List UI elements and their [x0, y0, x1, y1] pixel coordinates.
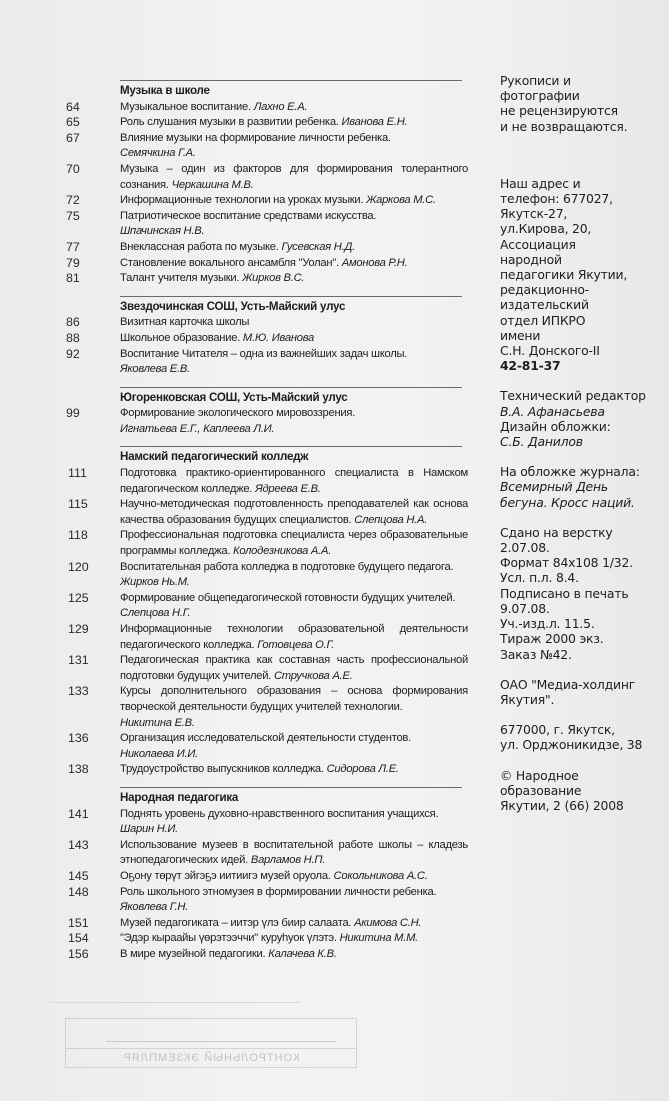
article-author: Николаева И.И.	[120, 748, 198, 760]
page-number: 143	[66, 838, 120, 854]
toc-entry: 118Профессиональная подготовка специалис…	[66, 528, 476, 559]
entry-text: Профессиональная подготовка специалиста …	[120, 528, 476, 559]
entry-text: Музыка – один из факторов для формирован…	[120, 162, 476, 193]
printer-address-line: 677000, г. Якутск,	[500, 722, 668, 737]
article-author: Жаркова М.С.	[366, 194, 436, 206]
article-author: Сокольникова А.С.	[334, 870, 428, 882]
article-title: Курсы дополнительного образования – осно…	[120, 685, 468, 713]
toc-entry: 72Информационные технологии на уроках му…	[66, 193, 476, 209]
entry-text: Оҕону төрүт эйгэҕэ иитиигэ музей оруола.…	[120, 869, 476, 885]
article-author: Лахно Е.А.	[254, 101, 308, 113]
article-title: Воспитательная работа колледжа в подгото…	[120, 561, 453, 573]
print-detail-line: Уч.-изд.л. 11.5.	[500, 616, 668, 631]
article-author: Акимова С.Н.	[354, 917, 421, 929]
print-detail-line: Тираж 2000 экз.	[500, 631, 668, 646]
page-number: 64	[66, 100, 120, 116]
page-number: 129	[66, 622, 120, 638]
printer-line: ОАО "Медиа-холдинг	[500, 677, 668, 692]
entry-text: В мире музейной педагогики. Калачева К.В…	[120, 947, 476, 963]
colophon: Рукописи ифотографиине рецензируютсяи не…	[500, 73, 668, 828]
page-number: 148	[66, 885, 120, 901]
toc-entry: 143Использование музеев в воспитательной…	[66, 838, 476, 869]
copyright-line: Якутии, 2 (66) 2008	[500, 798, 668, 813]
printer-address: 677000, г. Якутск,ул. Орджоникидзе, 38	[500, 722, 668, 752]
article-title: Визитная карточка школы	[120, 316, 249, 328]
cover-design-label: Дизайн обложки:	[500, 419, 668, 434]
article-author: Игнатьева Е.Г., Каплеева Л.И.	[120, 423, 274, 435]
article-author: Никитина М.М.	[340, 932, 418, 944]
toc-entry: 136Организация исследовательской деятель…	[66, 731, 476, 762]
address-line: редакционно-	[500, 282, 668, 297]
entry-text: Формирование общепедагогической готовнос…	[120, 591, 476, 622]
entry-text: Научно-методическая подготовленность пре…	[120, 497, 476, 528]
entry-text: Роль слушания музыки в развитии ребенка.…	[120, 115, 476, 131]
cover-design-name: С.Б. Данилов	[500, 434, 668, 449]
cover-caption-line: Всемирный День	[500, 479, 668, 494]
article-title: Роль школьного этномузея в формировании …	[120, 886, 436, 898]
notice-line: фотографии	[500, 88, 668, 103]
article-author: Яковлева Е.В.	[120, 363, 190, 375]
page-number: 79	[66, 256, 120, 272]
article-author: Варламов Н.П.	[251, 854, 325, 866]
page-number: 133	[66, 684, 120, 700]
section-divider	[120, 446, 462, 447]
copyright: © НародноеобразованиеЯкутии, 2 (66) 2008	[500, 768, 668, 814]
article-title: Формирование экологического мировоззрени…	[120, 407, 355, 419]
entry-text: Талант учителя музыки. Жирков В.С.	[120, 271, 476, 287]
article-author: М.Ю. Иванова	[243, 332, 314, 344]
page-number: 92	[66, 347, 120, 363]
article-title: Школьное образование.	[120, 332, 240, 344]
page-number: 131	[66, 653, 120, 669]
toc-section: Народная педагогика141Поднять уровень ду…	[66, 787, 476, 963]
entry-text: Школьное образование. М.Ю. Иванова	[120, 331, 476, 347]
print-detail-line: 9.07.08.	[500, 601, 668, 616]
address-line: С.Н. Донского-II	[500, 343, 668, 358]
print-detail-line: 2.07.08.	[500, 540, 668, 555]
toc-entry: 75Патриотическое воспитание средствами и…	[66, 209, 476, 240]
entry-text: Трудоустройство выпускников колледжа. Си…	[120, 762, 476, 778]
article-author: Готовцева О.Г.	[257, 639, 334, 651]
bleed-through-rule	[50, 1002, 300, 1003]
section-title: Намский педагогический колледж	[120, 449, 476, 465]
printer-line: Якутия".	[500, 692, 668, 707]
notice-line: и не возвращаются.	[500, 119, 668, 134]
page-number: 141	[66, 807, 120, 823]
entry-text: Информационные технологии на уроках музы…	[120, 193, 476, 209]
print-details: Сдано на верстку2.07.08.Формат 84х108 1/…	[500, 525, 668, 662]
toc-entry: 111Подготовка практико-ориентированного …	[66, 466, 476, 497]
section-title: Народная педагогика	[120, 790, 476, 806]
toc-entry: 81Талант учителя музыки. Жирков В.С.	[66, 271, 476, 287]
article-author: Яковлева Г.Н.	[120, 901, 188, 913]
printer: ОАО "Медиа-холдингЯкутия".	[500, 677, 668, 707]
entry-text: Музей педагогиката – иитэр үлэ биир сала…	[120, 916, 476, 932]
article-title: В мире музейной педагогики.	[120, 948, 265, 960]
article-title: Музыкальное воспитание.	[120, 101, 251, 113]
notice-line: не рецензируются	[500, 103, 668, 118]
toc-entry: 145Оҕону төрүт эйгэҕэ иитиигэ музей оруо…	[66, 869, 476, 885]
article-author: Слепцова Н.А.	[354, 514, 427, 526]
entry-text: Использование музеев в воспитательной ра…	[120, 838, 476, 869]
toc-entry: 65Роль слушания музыки в развитии ребенк…	[66, 115, 476, 131]
section-title: Звездочинская СОШ, Усть-Майский улус	[120, 299, 476, 315]
article-author: Слепцова Н.Г.	[120, 607, 190, 619]
print-detail-line: Сдано на верстку	[500, 525, 668, 540]
article-title: Становление вокального ансамбля "Уолан".	[120, 257, 339, 269]
article-author: Иванова Е.Н.	[342, 116, 408, 128]
article-author: Амонова Р.Н.	[342, 257, 408, 269]
toc-entry: 67Влияние музыки на формирование личност…	[66, 131, 476, 162]
article-author: Никитина Е.В.	[120, 717, 195, 729]
notice-line: Рукописи и	[500, 73, 668, 88]
address-line: Ассоциация	[500, 237, 668, 252]
page-number: 99	[66, 406, 120, 422]
page-number: 120	[66, 560, 120, 576]
page-number: 111	[66, 466, 120, 482]
article-title: Поднять уровень духовно-нравственного во…	[120, 808, 438, 820]
page-number: 125	[66, 591, 120, 607]
article-author: Гусевская Н.Д.	[281, 241, 354, 253]
toc-entry: 99Формирование экологического мировоззре…	[66, 406, 476, 437]
article-author: Семячкина Г.А.	[120, 147, 196, 159]
toc-section: Намский педагогический колледж111Подгото…	[66, 446, 476, 777]
page-number: 75	[66, 209, 120, 225]
journal-page: Музыка в школе64Музыкальное воспитание. …	[0, 0, 669, 1101]
article-title: Информационные технологии на уроках музы…	[120, 194, 363, 206]
cover-caption-line: бегуна. Кросс наций.	[500, 495, 668, 510]
entry-text: Роль школьного этномузея в формировании …	[120, 885, 476, 916]
toc-entry: 115Научно-методическая подготовленность …	[66, 497, 476, 528]
article-author: Колодезникова А.А.	[233, 545, 331, 557]
print-detail-line: Усл. п.л. 8.4.	[500, 570, 668, 585]
page-number: 136	[66, 731, 120, 747]
address-line: Наш адрес и	[500, 176, 668, 191]
page-number: 77	[66, 240, 120, 256]
entry-text: Курсы дополнительного образования – осно…	[120, 684, 476, 731]
toc-entry: 138Трудоустройство выпускников колледжа.…	[66, 762, 476, 778]
toc-entry: 86Визитная карточка школы	[66, 315, 476, 331]
entry-text: Поднять уровень духовно-нравственного во…	[120, 807, 476, 838]
entry-text: Патриотическое воспитание средствами иск…	[120, 209, 476, 240]
article-title: Талант учителя музыки.	[120, 272, 239, 284]
page-number: 115	[66, 497, 120, 513]
phone-number: 42-81-37	[500, 358, 668, 373]
stamp-signature-line	[106, 1041, 336, 1042]
article-title: Оҕону төрүт эйгэҕэ иитиигэ музей оруола.	[120, 870, 331, 882]
entry-text: Педагогическая практика как составная ча…	[120, 653, 476, 684]
toc-entry: 133Курсы дополнительного образования – о…	[66, 684, 476, 731]
entry-text: Воспитание Читателя – одна из важнейших …	[120, 347, 476, 378]
page-number: 65	[66, 115, 120, 131]
article-title: Влияние музыки на формирование личности …	[120, 132, 391, 144]
article-author: Ядреева Е.В.	[255, 483, 321, 495]
entry-text: Внеклассная работа по музыке. Гусевская …	[120, 240, 476, 256]
page-number: 118	[66, 528, 120, 544]
cover-label: На обложке журнала:	[500, 464, 668, 479]
toc-entry: 70Музыка – один из факторов для формиров…	[66, 162, 476, 193]
entry-text: Становление вокального ансамбля "Уолан".…	[120, 256, 476, 272]
section-divider	[120, 296, 462, 297]
print-detail-line: Заказ №42.	[500, 647, 668, 662]
page-number: 138	[66, 762, 120, 778]
toc-entry: 77Внеклассная работа по музыке. Гусевска…	[66, 240, 476, 256]
toc-entry: 156В мире музейной педагогики. Калачева …	[66, 947, 476, 963]
print-detail-line: Подписано в печать	[500, 586, 668, 601]
entry-text: Организация исследовательской деятельнос…	[120, 731, 476, 762]
article-title: Внеклассная работа по музыке.	[120, 241, 279, 253]
section-divider	[120, 787, 462, 788]
address-line: отдел ИПКРО	[500, 313, 668, 328]
toc-section: Югоренковская СОШ, Усть-Майский улус99Фо…	[66, 387, 476, 438]
article-title: Воспитание Читателя – одна из важнейших …	[120, 348, 407, 360]
article-author: Шарин Н.И.	[120, 823, 178, 835]
page-number: 81	[66, 271, 120, 287]
toc-entry: 148Роль школьного этномузея в формирован…	[66, 885, 476, 916]
tech-editor-label: Технический редактор	[500, 388, 668, 403]
print-detail-line: Формат 84х108 1/32.	[500, 555, 668, 570]
article-title: Патриотическое воспитание средствами иск…	[120, 210, 376, 222]
toc-section: Музыка в школе64Музыкальное воспитание. …	[66, 80, 476, 287]
toc-entry: 120Воспитательная работа колледжа в подг…	[66, 560, 476, 591]
article-author: Жирков В.С.	[242, 272, 304, 284]
address-line: педагогики Якутии,	[500, 267, 668, 282]
section-divider	[120, 387, 462, 388]
toc-entry: 125Формирование общепедагогической готов…	[66, 591, 476, 622]
section-divider	[120, 80, 462, 81]
article-title: Формирование общепедагогической готовнос…	[120, 592, 455, 604]
page-number: 67	[66, 131, 120, 147]
article-author: Стручкова А.Е.	[274, 670, 353, 682]
toc-section: Звездочинская СОШ, Усть-Майский улус86Ви…	[66, 296, 476, 378]
page-number: 156	[66, 947, 120, 963]
entry-text: Подготовка практико-ориентированного спе…	[120, 466, 476, 497]
toc-entry: 64Музыкальное воспитание. Лахно Е.А.	[66, 100, 476, 116]
page-number: 70	[66, 162, 120, 178]
editors: Технический редактор В.А. Афанасьева Диз…	[500, 388, 668, 449]
article-title: Музей педагогиката – иитэр үлэ биир сала…	[120, 917, 351, 929]
page-number: 151	[66, 916, 120, 932]
article-author: Жирков Нь.М.	[120, 576, 190, 588]
entry-text: Влияние музыки на формирование личности …	[120, 131, 476, 162]
printer-address-line: ул. Орджоникидзе, 38	[500, 737, 668, 752]
toc-entry: 92Воспитание Читателя – одна из важнейши…	[66, 347, 476, 378]
section-title: Югоренковская СОШ, Усть-Майский улус	[120, 390, 476, 406]
page-number: 145	[66, 869, 120, 885]
article-title: Роль слушания музыки в развитии ребенка.	[120, 116, 339, 128]
toc-entry: 151Музей педагогиката – иитэр үлэ биир с…	[66, 916, 476, 932]
toc-entry: 141Поднять уровень духовно-нравственного…	[66, 807, 476, 838]
article-author: Калачева К.В.	[268, 948, 336, 960]
tech-editor-name: В.А. Афанасьева	[500, 404, 668, 419]
article-author: Сидорова Л.Е.	[327, 763, 399, 775]
entry-text: Визитная карточка школы	[120, 315, 476, 331]
toc-entry: 79Становление вокального ансамбля "Уолан…	[66, 256, 476, 272]
toc-entry: 131Педагогическая практика как составная…	[66, 653, 476, 684]
page-number: 86	[66, 315, 120, 331]
entry-text: Воспитательная работа колледжа в подгото…	[120, 560, 476, 591]
toc-entry: 88Школьное образование. М.Ю. Иванова	[66, 331, 476, 347]
control-copy-stamp: КОНТРОЛЬНЫЙ ЭКЗЕМПЛЯР	[65, 1018, 357, 1068]
address-line: имени	[500, 328, 668, 343]
copyright-line: образование	[500, 783, 668, 798]
cover-info: На обложке журнала: Всемирный Деньбегуна…	[500, 464, 668, 510]
manuscript-notice: Рукописи ифотографиине рецензируютсяи не…	[500, 73, 668, 134]
page-number: 72	[66, 193, 120, 209]
entry-text: Музыкальное воспитание. Лахно Е.А.	[120, 100, 476, 116]
table-of-contents: Музыка в школе64Музыкальное воспитание. …	[66, 80, 476, 971]
toc-entry: 129Информационные технологии образовател…	[66, 622, 476, 653]
entry-text: "Эдэр кыраайы үөрэтээччи" куруhуок үлэтэ…	[120, 931, 476, 947]
address-line: народной	[500, 252, 668, 267]
address-line: Якутск-27,	[500, 206, 668, 221]
entry-text: Формирование экологического мировоззрени…	[120, 406, 476, 437]
page-number: 154	[66, 931, 120, 947]
entry-text: Информационные технологии образовательно…	[120, 622, 476, 653]
copyright-line: © Народное	[500, 768, 668, 783]
address-line: издательский	[500, 297, 668, 312]
page-number: 88	[66, 331, 120, 347]
stamp-label: КОНТРОЛЬНЫЙ ЭКЗЕМПЛЯР	[66, 1048, 356, 1067]
section-title: Музыка в школе	[120, 83, 476, 99]
article-title: Трудоустройство выпускников колледжа.	[120, 763, 324, 775]
toc-entry: 154"Эдэр кыраайы үөрэтээччи" куруhуок үл…	[66, 931, 476, 947]
editorial-address: Наш адрес ителефон: 677027,Якутск-27,ул.…	[500, 176, 668, 374]
article-author: Черкашина М.В.	[172, 179, 254, 191]
article-title: "Эдэр кыраайы үөрэтээччи" куруhуок үлэтэ…	[120, 932, 337, 944]
address-line: ул.Кирова, 20,	[500, 221, 668, 236]
address-line: телефон: 677027,	[500, 191, 668, 206]
article-title: Организация исследовательской деятельнос…	[120, 732, 411, 744]
article-author: Шпачинская Н.В.	[120, 225, 204, 237]
